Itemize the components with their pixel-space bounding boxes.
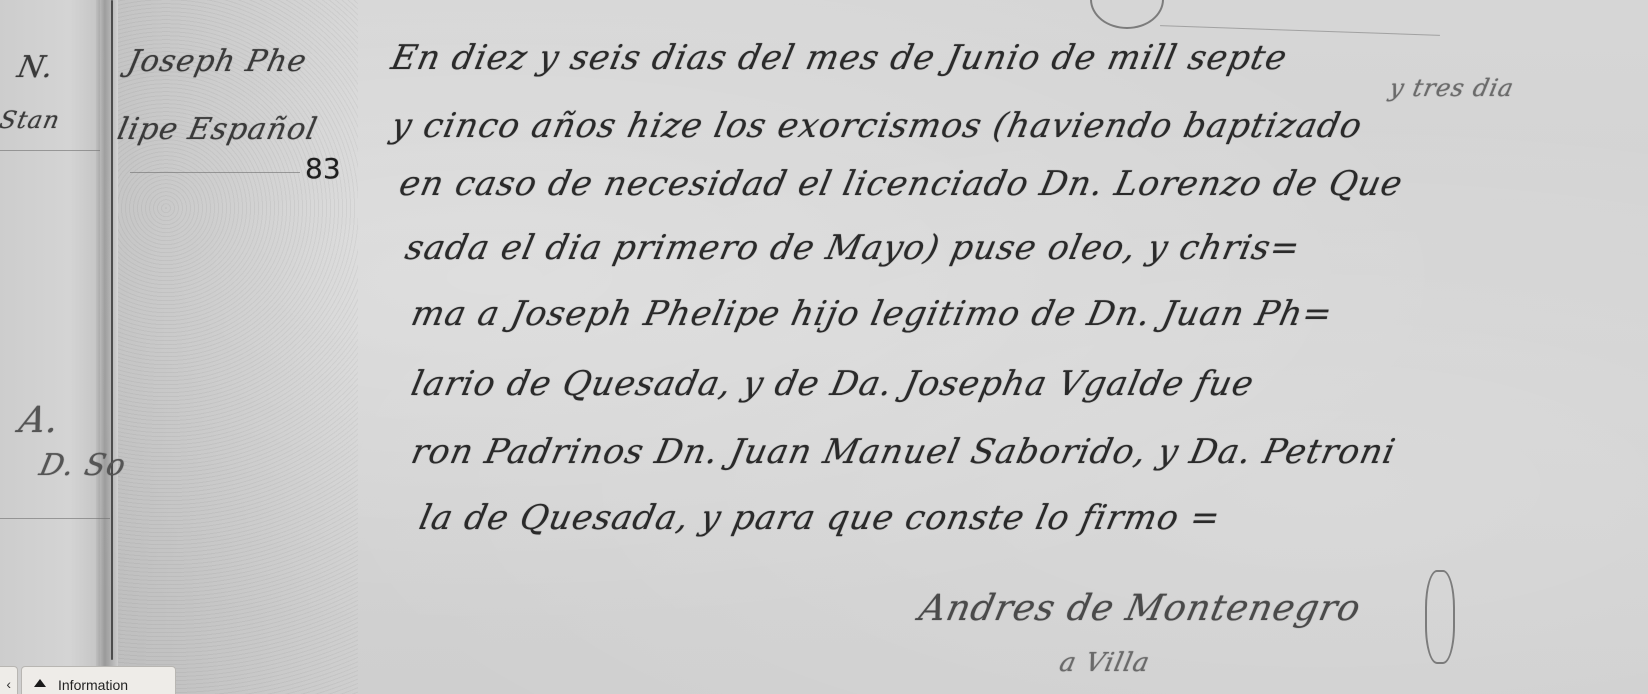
folio-number: 83 — [305, 152, 341, 185]
baptized-name-line2: lipe Español — [114, 112, 320, 147]
manuscript-scan: N. Stan A. D. So Joseph Phe lipe Español… — [0, 0, 1648, 694]
image-viewer[interactable]: N. Stan A. D. So Joseph Phe lipe Español… — [0, 0, 1648, 694]
body-line: En diez y seis dias del mes de Junio de … — [388, 38, 1291, 78]
body-line: lario de Quesada, y de Da. Josepha Vgald… — [408, 364, 1258, 404]
baptized-name-line1: Joseph Phe — [124, 44, 310, 79]
left-page-edge — [0, 0, 100, 694]
signature-subline: a Villa — [1057, 648, 1153, 678]
margin-note: D. So — [36, 448, 129, 483]
margin-rule — [0, 150, 100, 151]
margin-note: N. — [14, 50, 57, 85]
tab-information[interactable]: Information — [21, 666, 176, 694]
tab-previous[interactable]: ‹ — [0, 666, 18, 694]
body-line: ma a Joseph Phelipe hijo legitimo de Dn.… — [408, 294, 1337, 334]
body-line: en caso de necesidad el licenciado Dn. L… — [396, 164, 1407, 204]
paper-texture — [118, 0, 358, 694]
flourish-line — [1160, 25, 1440, 36]
flourish-curl — [1090, 0, 1164, 29]
priest-signature: Andres de Montenegro — [916, 588, 1365, 629]
bottom-tab-bar: ‹ Information — [0, 664, 400, 694]
body-line: la de Quesada, y para que conste lo firm… — [416, 498, 1225, 538]
margin-rule — [0, 518, 110, 519]
signature-rubric — [1425, 570, 1455, 664]
tab-information-label: Information — [58, 677, 128, 693]
body-line: y cinco años hize los exorcismos (havien… — [388, 106, 1366, 146]
faint-annotation: y tres dia — [1387, 74, 1517, 102]
chevron-left-icon: ‹ — [6, 676, 11, 692]
caret-up-icon — [34, 679, 46, 687]
body-line: sada el dia primero de Mayo) puse oleo, … — [402, 228, 1305, 268]
margin-rule — [130, 172, 300, 173]
page-gutter — [96, 0, 118, 694]
body-line: ron Padrinos Dn. Juan Manuel Saborido, y… — [408, 432, 1400, 472]
margin-note: Stan — [0, 106, 63, 134]
gutter-crease — [111, 0, 113, 660]
